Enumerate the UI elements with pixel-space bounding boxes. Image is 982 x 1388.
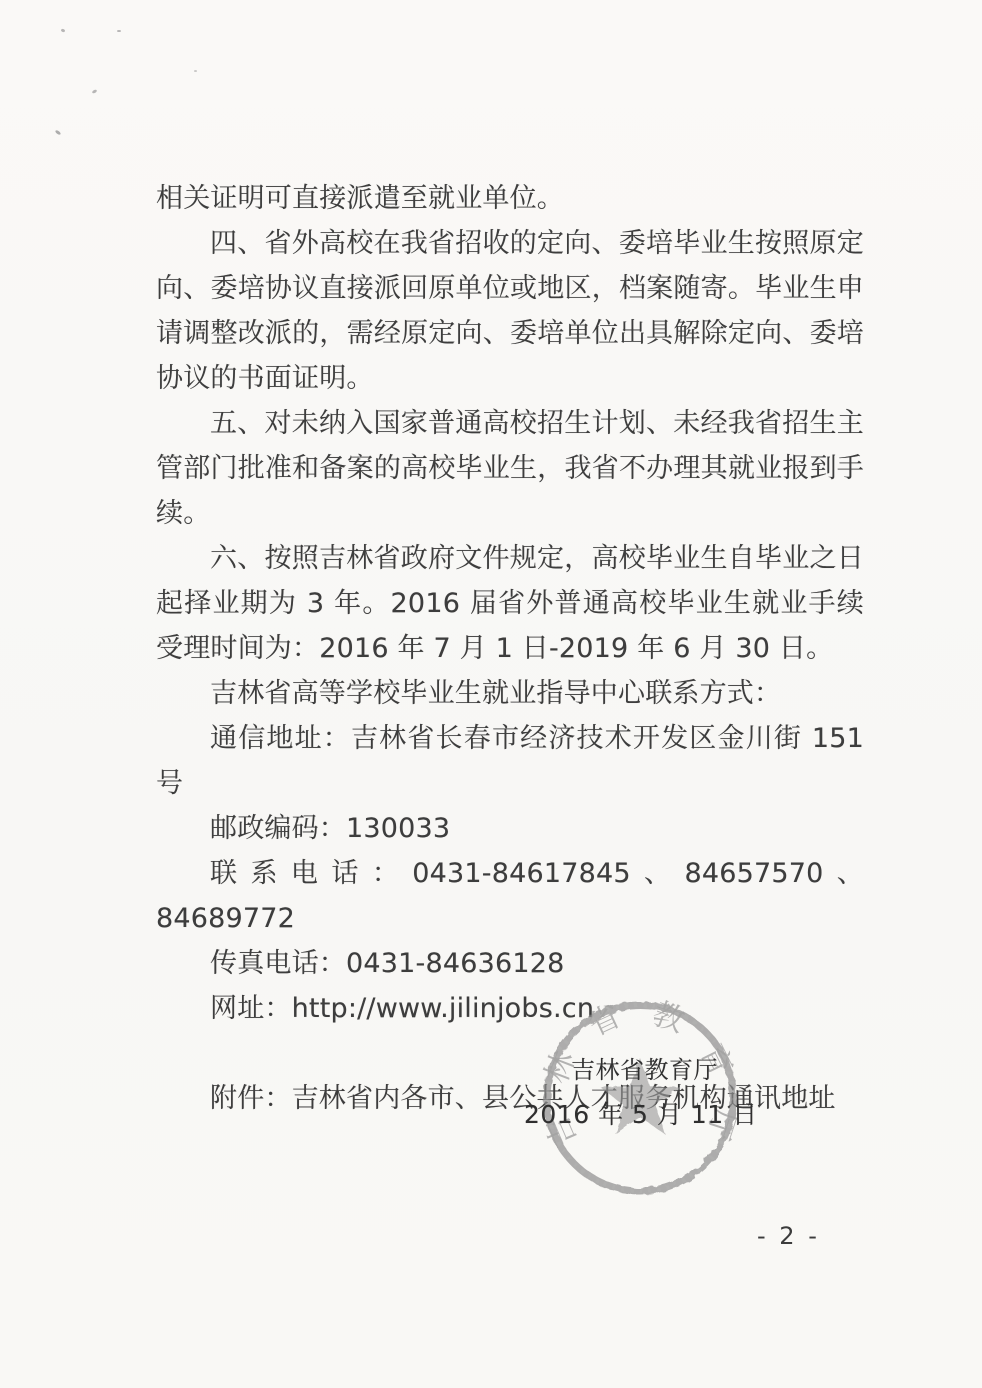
signature-date: 2016 年 5 月 11 日 xyxy=(524,1095,758,1131)
scan-artifact xyxy=(55,130,62,136)
contact-heading: 吉林省高等学校毕业生就业指导中心联系方式： xyxy=(156,671,864,716)
paragraph-item-six: 六、按照吉林省政府文件规定，高校毕业生自毕业之日起择业期为 3 年。2016 届… xyxy=(156,536,864,671)
scan-artifact xyxy=(194,70,197,72)
paragraph-item-five: 五、对未纳入国家普通高校招生计划、未经我省招生主管部门批准和备案的高校毕业生，我… xyxy=(156,401,864,536)
contact-phone: 联系电话：0431-84617845、84657570、84689772 xyxy=(156,851,864,941)
contact-postcode: 邮政编码：130033 xyxy=(156,806,864,851)
page-number: - 2 - xyxy=(757,1222,820,1250)
scan-artifact xyxy=(117,30,121,32)
scanned-document-page: 相关证明可直接派遣至就业单位。 四、省外高校在我省招收的定向、委培毕业生按照原定… xyxy=(0,0,982,1388)
scan-artifact xyxy=(61,28,66,32)
paragraph-item-four: 四、省外高校在我省招收的定向、委培毕业生按照原定向、委培协议直接派回原单位或地区… xyxy=(156,221,864,401)
paragraph-continuation: 相关证明可直接派遣至就业单位。 xyxy=(156,176,864,221)
signature-issuer: 吉林省教育厅 xyxy=(571,1050,718,1085)
scan-artifact xyxy=(92,89,98,94)
contact-address: 通信地址：吉林省长春市经济技术开发区金川街 151 号 xyxy=(156,716,864,806)
